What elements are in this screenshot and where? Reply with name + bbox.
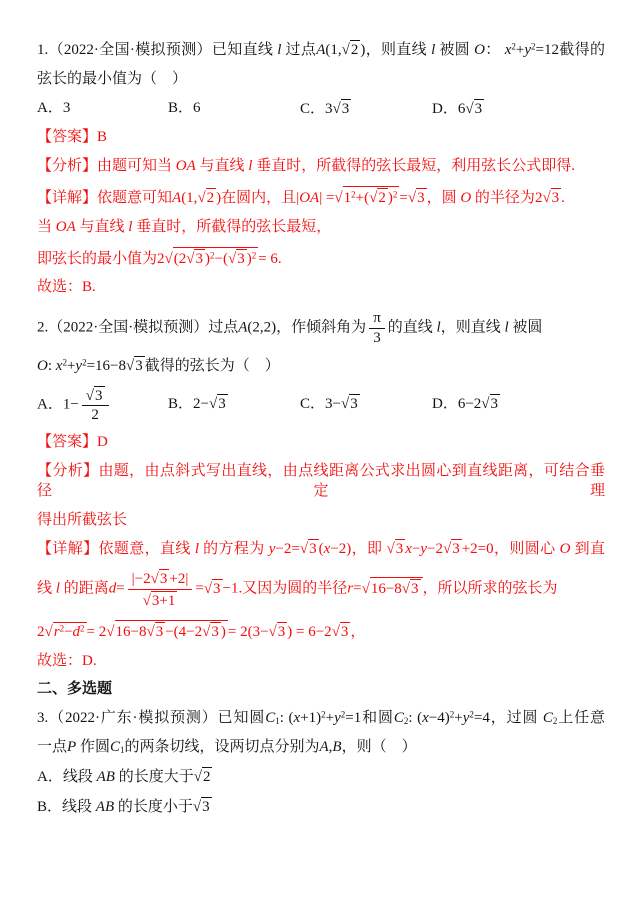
sqrt-radical: 3 <box>269 622 288 643</box>
math-text: 3 <box>417 190 425 206</box>
radicand: 2 <box>377 188 388 207</box>
q3-line2: 一点P 作圆C1的两条切线，设两切点分别为A,B，则（ ） <box>37 738 605 758</box>
q2-analysis-1: 【分析】由题，由点斜式写出直线，由点线距离公式求出圆心到直线距离，可结合垂径定理 <box>37 462 605 502</box>
math-text: −4) <box>429 710 450 726</box>
q1-solution-3: 即弦长的最小值为2(23)2−(3)2= 6. <box>37 247 605 270</box>
radicand: 3 <box>349 394 360 413</box>
section-heading: 二、多选题 <box>37 680 605 700</box>
math-text: 16−8 <box>371 581 402 597</box>
radicand: 3 <box>490 394 501 413</box>
math-variable: x <box>422 710 429 726</box>
text-run: ，则直线 <box>441 320 505 336</box>
math-text: 3 <box>342 101 350 117</box>
math-text: 16−8 <box>116 624 147 640</box>
text-run: 与直线 <box>196 158 249 174</box>
text-run: ，则（ ） <box>342 739 417 755</box>
math-text: =16−8 <box>87 358 126 374</box>
sqrt-radical: 3 <box>146 622 165 641</box>
math-text: : ( <box>408 710 422 726</box>
math-text: 3 <box>95 388 103 404</box>
fraction-denominator: 3+1 <box>143 590 178 610</box>
q1-options-d: D．63 <box>432 99 605 120</box>
math-text: ) <box>221 624 226 640</box>
math-text: =4 <box>474 710 490 726</box>
math-text: | = <box>319 190 334 206</box>
math-variable: O <box>560 541 571 557</box>
sqrt-radical: 3 <box>402 579 421 598</box>
sqrt-radical: 3 <box>465 99 484 120</box>
text-run: 被圆 <box>509 320 543 336</box>
math-text: = <box>353 581 361 597</box>
text-run: 的直线 <box>388 320 437 336</box>
text-run: 上任意 <box>557 710 605 726</box>
q2-conclusion: 故选：D. <box>37 652 605 672</box>
math-text: −( <box>214 251 227 267</box>
radicand: 3 <box>201 797 212 816</box>
q1-options-a: A．3 <box>37 99 168 119</box>
q2-options-c: C．3−3 <box>300 394 432 415</box>
math-text: A． <box>37 769 63 785</box>
sqrt-radical: 3 <box>193 797 212 818</box>
text-run: 和圆 <box>361 710 394 726</box>
math-variable: A <box>172 190 181 206</box>
math-text: =12 <box>536 42 559 58</box>
q1-analysis: 【分析】由题可知当 OA 与直线 l 垂直时，所截得的弦长最短，利用弦长公式即得… <box>37 157 605 177</box>
text-run: ，作倾斜角为 <box>276 320 366 336</box>
math-text: +2=0 <box>462 541 494 557</box>
radicand: 3 <box>416 188 427 207</box>
math-text: D．6 <box>432 101 465 117</box>
text-run: 与直线 <box>76 219 129 235</box>
math-text: 3 <box>160 571 168 587</box>
radicand: 3 <box>474 99 485 118</box>
radicand: 3 <box>94 386 105 405</box>
math-variable: OA <box>56 219 76 235</box>
sqrt-radical: 12+(2)2 <box>334 186 399 209</box>
radicand: (23)2−(3)2 <box>173 247 258 268</box>
math-text: 2 <box>37 624 45 640</box>
math-variable: O <box>460 190 471 206</box>
sqrt-radical: 3 <box>542 188 561 209</box>
radicand: 3 <box>551 188 562 207</box>
radicand: 3 <box>341 99 352 118</box>
text-run: 作圆 <box>76 739 110 755</box>
sqrt-radical: 3 <box>151 569 170 588</box>
q1-options-c: C．33 <box>300 99 432 120</box>
math-text: ) = 6−2 <box>287 624 331 640</box>
math-variable: C <box>394 710 404 726</box>
text-run: 弦长的最小值为（ ） <box>37 71 187 87</box>
sqrt-radical: 3 <box>202 622 221 641</box>
math-text: C．3− <box>300 396 341 412</box>
text-run: 【详解】依题意，直线 <box>37 541 195 557</box>
fraction-numerator: 3 <box>82 386 109 407</box>
text-run: 故选：D. <box>37 653 97 669</box>
math-text: B．6 <box>168 100 201 116</box>
q2-options-b: B．2−3 <box>168 394 300 415</box>
sqrt-radical: 2 <box>197 188 216 209</box>
sqrt-radical: 16−83 <box>362 577 423 600</box>
math-variable: C <box>543 710 553 726</box>
q1-line2: 弦长的最小值为（ ） <box>37 70 605 90</box>
math-text: 3 <box>552 190 560 206</box>
sqrt-radical: 2 <box>369 188 388 207</box>
text-run: 截得的 <box>559 42 605 58</box>
radicand: 2 <box>206 188 217 207</box>
text-run: 【分析】由题，由点斜式写出直线，由点线距离公式求出圆心到直线距离，可结合垂径定理 <box>37 463 605 499</box>
q1-conclusion: 故选：B. <box>37 278 605 298</box>
superscript: 2 <box>393 189 398 199</box>
document-page: 1.（2022·全国·模拟预测）已知直线 l 过点A(1,2)，则直线 l 被圆… <box>0 0 642 907</box>
radicand: 3 <box>155 622 166 641</box>
math-text: −2= <box>275 541 299 557</box>
sqrt-radical: 3 <box>341 394 360 415</box>
text-run: .又因为圆的半径 <box>239 581 348 597</box>
text-run: 过点 <box>281 42 316 58</box>
math-text: 2 <box>351 42 359 58</box>
math-variable: OA <box>176 158 196 174</box>
text-run: 的长度大于 <box>115 769 194 785</box>
math-text: = 6 <box>258 251 278 267</box>
text-run: 的半径为 <box>471 190 535 206</box>
math-text: + <box>454 710 462 726</box>
math-variable: AB <box>97 769 115 785</box>
text-run: 1.（2022·全国·模拟预测）已知直线 <box>37 42 277 58</box>
math-text: (1, <box>325 42 341 58</box>
radicand: 16−83 <box>370 577 423 598</box>
math-variable: P <box>67 739 76 755</box>
math-text: 3 <box>309 541 317 557</box>
superscript: 2 <box>80 623 85 633</box>
sqrt-radical: 3 <box>443 539 462 560</box>
text-run: 线段 <box>63 769 97 785</box>
sqrt-radical: 3 <box>408 188 427 209</box>
math-text: +2| <box>169 571 188 587</box>
q1-options-b: B．6 <box>168 99 300 119</box>
math-text: 3 <box>475 101 483 117</box>
q1-options: A．3B．6C．33D．63 <box>37 99 605 120</box>
text-run: 即弦长的最小值为 <box>37 251 157 267</box>
math-variable: C <box>110 739 120 755</box>
radicand: 3 <box>159 569 170 588</box>
math-variable: OA <box>299 190 319 206</box>
math-text: 2 <box>91 407 99 423</box>
text-run: ， <box>350 624 365 640</box>
text-run: 【详解】依题意可知 <box>37 190 172 206</box>
text-run: 的长度小于 <box>114 799 193 815</box>
math-variable: C <box>265 710 275 726</box>
sqrt-radical: (23)2−(3)2 <box>165 247 259 270</box>
math-text: 3 <box>135 358 143 374</box>
math-text: 2 <box>535 190 543 206</box>
radicand: 3 <box>410 579 421 598</box>
math-text: 2 <box>207 190 215 206</box>
sqrt-radical: 3+1 <box>143 591 178 610</box>
fraction: π3 <box>369 310 385 347</box>
radicand: r2−d2 <box>53 622 87 641</box>
math-text: 3 <box>218 396 226 412</box>
text-run: 垂直时，所截得的弦长最短， <box>132 219 331 235</box>
text-run: 在圆内，且 <box>221 190 296 206</box>
sqrt-radical: r2−d2 <box>45 622 87 643</box>
math-text: π <box>373 310 381 326</box>
text-run: ，圆 <box>427 190 461 206</box>
math-text: 3 <box>211 624 219 640</box>
fraction-numerator: π <box>369 310 385 329</box>
math-text: = <box>116 581 124 597</box>
text-run: 到直 <box>570 541 605 557</box>
q2-options-a: A．1−32 <box>37 386 168 425</box>
text-run: 故选：B. <box>37 279 96 295</box>
math-text: 3 <box>237 251 245 267</box>
math-text: −(4−2 <box>165 624 202 640</box>
radicand: 3 <box>210 622 221 641</box>
q2-options: A．1−32B．2−3C．3−3D．6−23 <box>37 386 605 425</box>
math-text: A．1− <box>37 396 79 412</box>
text-run: 被圆 <box>435 42 474 58</box>
math-text: −1 <box>223 581 239 597</box>
fraction: 32 <box>82 386 109 425</box>
math-variable: A,B <box>319 739 341 755</box>
text-run: 截得的弦长为（ ） <box>145 358 280 374</box>
math-variable: x <box>405 541 412 557</box>
radicand: 3 <box>395 539 406 558</box>
text-run: 二、多选题 <box>37 681 112 697</box>
sqrt-radical: 3 <box>209 394 228 415</box>
sqrt-radical: 3 <box>332 622 351 643</box>
math-variable: O <box>37 358 48 374</box>
math-text: −2) <box>330 541 351 557</box>
math-text: 3+1 <box>152 593 175 609</box>
math-variable: y <box>420 541 427 557</box>
q1-answer: 【答案】B <box>37 128 605 148</box>
text-run: ，则圆心 <box>494 541 560 557</box>
q3-option-b: B．线段 AB 的长度小于3 <box>37 797 605 818</box>
radicand: 3 <box>194 249 205 268</box>
sqrt-radical: 3 <box>204 579 223 600</box>
text-run: ，即 <box>351 541 386 557</box>
text-run: ： <box>485 42 505 58</box>
sqrt-radical: 16−83−(4−23) <box>106 620 228 643</box>
sqrt-radical: 3 <box>86 386 105 405</box>
sqrt-radical: 3 <box>481 394 500 415</box>
sqrt-radical: 3 <box>386 539 405 560</box>
math-variable: A <box>316 42 325 58</box>
math-text: 2 <box>378 190 386 206</box>
q2-solution-3: 2r2−d2= 216−83−(4−23)= 2(3−3) = 6−23， <box>37 620 605 643</box>
fraction-denominator: 3 <box>373 329 381 347</box>
math-text: +1) <box>300 710 321 726</box>
math-text: (1, <box>181 190 197 206</box>
q2-answer: 【答案】D <box>37 433 605 453</box>
math-text: = 2 <box>87 624 107 640</box>
fraction-denominator: 2 <box>91 406 99 424</box>
fraction-numerator: |−23+2| <box>128 569 193 590</box>
radicand: 16−83−(4−23) <box>115 620 228 641</box>
math-text: (2,2) <box>247 320 276 336</box>
math-text: 2 <box>157 251 165 267</box>
math-text: + <box>326 710 334 726</box>
math-text: 3 <box>350 396 358 412</box>
radicand: 3 <box>451 539 462 558</box>
math-variable: O <box>474 42 485 58</box>
text-run: 一点 <box>37 739 67 755</box>
math-text: − <box>64 624 72 640</box>
text-run: 线 <box>37 581 56 597</box>
math-text: D．6−2 <box>432 396 481 412</box>
radicand: 3 <box>217 394 228 413</box>
text-run: ，所以所求的弦长为 <box>423 581 558 597</box>
math-text: +( <box>356 190 369 206</box>
text-run: 的方程为 <box>199 541 269 557</box>
text-run: 垂直时，所截得的弦长最短，利用弦长公式即得. <box>252 158 575 174</box>
text-run: 的两条切线，设两切点分别为 <box>124 739 319 755</box>
math-text: 3 <box>411 581 419 597</box>
sqrt-radical: 3 <box>333 99 352 120</box>
math-text: : ( <box>280 710 294 726</box>
math-text: (2 <box>174 251 187 267</box>
q2-line1: 2.（2022·全国·模拟预测）过点A(2,2)，作倾斜角为π3的直线 l，则直… <box>37 310 605 347</box>
sqrt-radical: 3 <box>300 539 319 560</box>
math-text: C．3 <box>300 101 333 117</box>
q1-line1: 1.（2022·全国·模拟预测）已知直线 l 过点A(1,2)，则直线 l 被圆… <box>37 40 605 61</box>
radicand: 12+(2)2 <box>343 186 400 207</box>
math-variable: AB <box>96 799 114 815</box>
math-text: = <box>399 190 407 206</box>
text-run: ，则直线 <box>365 42 431 58</box>
text-run: 【答案】D <box>37 434 108 450</box>
text-run: 当 <box>37 219 56 235</box>
q2-solution-1: 【详解】依题意，直线 l 的方程为 y−2=3(x−2)，即 3x−y−23+2… <box>37 539 605 560</box>
q2-solution-2: 线 l 的距离d=|−23+2|3+1=3−1.又因为圆的半径r=16−83，所… <box>37 569 605 610</box>
q2-options-d: D．6−23 <box>432 394 605 415</box>
radicand: 2 <box>202 767 213 786</box>
math-text: 3 <box>491 396 499 412</box>
math-text: 3 <box>452 541 460 557</box>
radicand: 3 <box>236 249 247 268</box>
math-text: 3 <box>195 251 203 267</box>
text-run: 3.（2022·广东·模拟预测）已知圆 <box>37 710 265 726</box>
math-text: 3 <box>156 624 164 640</box>
math-text: 3 <box>202 799 210 815</box>
radicand: 3 <box>277 622 288 641</box>
q3-option-a: A．线段 AB 的长度大于2 <box>37 767 605 788</box>
math-text: : <box>48 358 56 374</box>
sqrt-radical: 3 <box>186 249 205 268</box>
sqrt-radical: 3 <box>126 356 145 377</box>
radicand: 3 <box>134 356 145 375</box>
math-text: −2 <box>427 541 443 557</box>
math-text: 3 <box>278 624 286 640</box>
math-text: = 2(3− <box>228 624 269 640</box>
math-variable: y <box>334 710 341 726</box>
math-text: |−2 <box>132 571 151 587</box>
q3-line1: 3.（2022·广东·模拟预测）已知圆C1: (x+1)2+y2=1和圆C2: … <box>37 709 605 729</box>
radicand: 2 <box>350 40 361 59</box>
text-run: 2.（2022·全国·模拟预测）过点 <box>37 320 238 336</box>
q1-solution-2: 当 OA 与直线 l 垂直时，所截得的弦长最短， <box>37 218 605 238</box>
math-text: B． <box>37 799 62 815</box>
math-text: A．3 <box>37 100 70 116</box>
q2-line2: O: x2+y2=16−83截得的弦长为（ ） <box>37 356 605 377</box>
fraction: |−23+2|3+1 <box>128 569 193 610</box>
sqrt-radical: 2 <box>342 40 361 61</box>
math-text: 2 <box>203 769 211 785</box>
q2-analysis-2: 得出所截弦长 <box>37 511 605 531</box>
math-text: =1 <box>345 710 361 726</box>
text-run: 【分析】由题可知当 <box>37 158 176 174</box>
math-text: 3 <box>341 624 349 640</box>
radicand: 3 <box>340 622 351 641</box>
q1-solution-1: 【详解】依题意可知A(1,2)在圆内，且|OA| =12+(2)2=3，圆 O … <box>37 186 605 209</box>
radicand: 3+1 <box>151 591 177 610</box>
text-run: 得出所截弦长 <box>37 512 127 528</box>
math-variable: d <box>73 624 81 640</box>
superscript: 2 <box>252 250 257 260</box>
text-run: ，过圆 <box>490 710 543 726</box>
sqrt-radical: 2 <box>194 767 213 788</box>
math-variable: y <box>524 42 531 58</box>
text-run: . <box>561 190 565 206</box>
math-text: = <box>195 581 203 597</box>
text-run: . <box>278 251 282 267</box>
math-text: 3 <box>396 541 404 557</box>
math-text: 3 <box>373 330 381 346</box>
math-text: B．2− <box>168 396 209 412</box>
text-run: 线段 <box>62 799 96 815</box>
radicand: 3 <box>308 539 319 558</box>
text-run: 【答案】B <box>37 129 107 145</box>
sqrt-radical: 3 <box>228 249 247 268</box>
text-run: 的距离 <box>60 581 109 597</box>
radicand: 3 <box>212 579 223 598</box>
math-text: 3 <box>213 581 221 597</box>
